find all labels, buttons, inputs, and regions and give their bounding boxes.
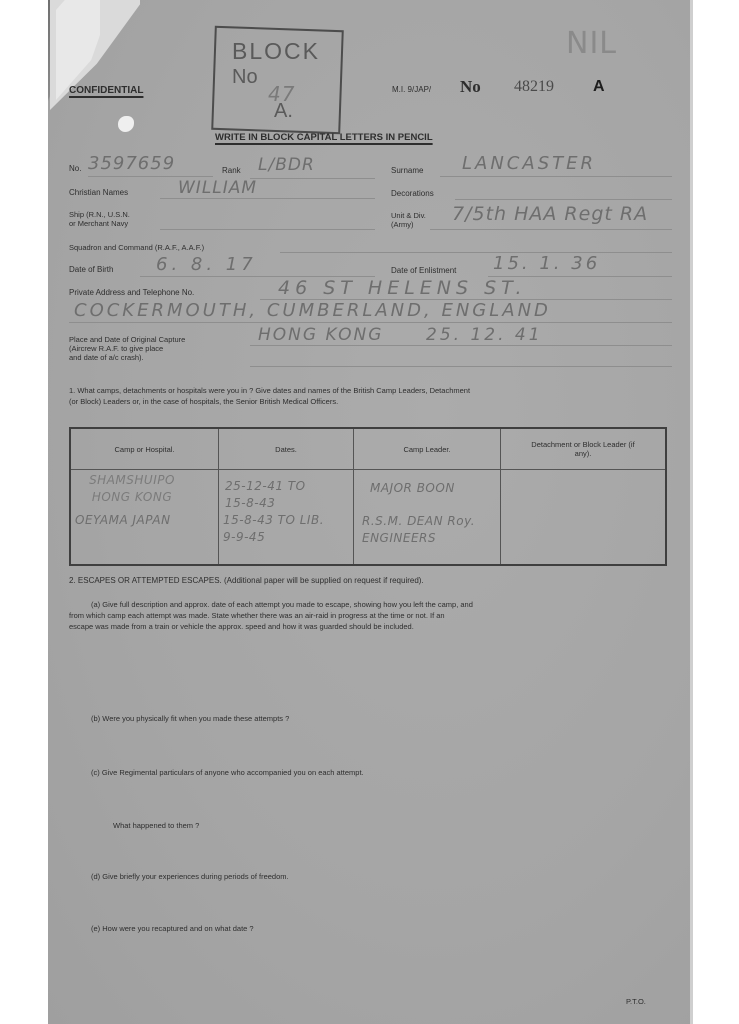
header-dates: Dates.: [219, 428, 354, 470]
stamp-line2: No: [232, 66, 258, 89]
christian-names-value: WILLIAM: [178, 178, 257, 198]
number-label-text: No: [460, 77, 481, 96]
squadron-line: [280, 252, 672, 253]
ship-label-2: or Merchant Navy: [69, 219, 128, 228]
dates-2: 15-8-43 TO LIB. 9-9-45: [219, 512, 333, 546]
number-label: No: [460, 77, 481, 97]
camp-1: SHAMSHUIPO HONG KONG: [71, 470, 187, 506]
table-row: SHAMSHUIPO HONG KONG OEYAMA JAPAN 25-12-…: [70, 470, 666, 566]
unit-line: [430, 229, 672, 230]
capture-label-3: and date of a/c crash).: [69, 353, 144, 362]
address-rule-2: [69, 322, 672, 323]
nil-annotation: NIL: [566, 26, 617, 61]
camps-table: Camp or Hospital. Dates. Camp Leader. De…: [69, 427, 667, 566]
pto-label: P.T.O.: [626, 997, 646, 1006]
form-suffix: A: [593, 78, 605, 96]
rank-value: L/BDR: [258, 155, 315, 175]
confidential-label: CONFIDENTIAL: [69, 85, 143, 96]
squadron-label: Squadron and Command (R.A.F., A.A.F.): [69, 243, 204, 252]
question-2b: (b) Were you physically fit when you mad…: [91, 714, 289, 724]
no-value: 3597659: [88, 153, 175, 174]
question-2a-line-1: (a) Give full description and approx. da…: [91, 600, 473, 610]
question-2d: (d) Give briefly your experiences during…: [91, 872, 289, 882]
christian-names-line: [160, 198, 375, 199]
no-line: [88, 176, 213, 177]
capture-date: 25. 12. 41: [426, 325, 543, 345]
question-2a-line-2: from which camp each attempt was made. S…: [69, 611, 445, 621]
form-number: 48219: [514, 78, 554, 96]
capture-rule-2: [250, 366, 672, 367]
address-line-2: COCKERMOUTH, CUMBERLAND, ENGLAND: [74, 300, 551, 321]
leader-cell: MAJOR BOON R.S.M. DEAN Roy. ENGINEERS: [354, 470, 501, 566]
page-edge: [690, 0, 693, 1024]
rank-label: Rank: [222, 166, 241, 175]
ship-label-1: Ship (R.N., U.S.N.: [69, 210, 130, 219]
unit-value: 7/5th HAA Regt RA: [452, 203, 648, 225]
enlistment-value: 15. 1. 36: [493, 253, 600, 274]
dates-1: 25-12-41 TO 15-8-43: [219, 470, 330, 512]
address-line-1: 46 ST HELENS ST.: [278, 277, 527, 299]
stamp-letter: A.: [274, 100, 293, 123]
unit-label-2: (Army): [391, 220, 414, 229]
dob-value: 6. 8. 17: [156, 254, 257, 275]
camp-cell: SHAMSHUIPO HONG KONG OEYAMA JAPAN: [70, 470, 219, 566]
surname-label: Surname: [391, 166, 423, 175]
enlistment-label: Date of Enlistment: [391, 266, 456, 275]
capture-rule: [250, 345, 672, 346]
question-1-line-1: 1. What camps, detachments or hospitals …: [69, 386, 470, 396]
capture-place: HONG KONG: [258, 325, 383, 345]
question-1-line-2: (or Block) Leaders or, in the case of ho…: [69, 397, 338, 407]
question-2e: (e) How were you recaptured and on what …: [91, 924, 254, 934]
question-2c-followup: What happened to them ?: [113, 821, 199, 831]
question-2-title: 2. ESCAPES OR ATTEMPTED ESCAPES. (Additi…: [69, 576, 424, 586]
header-detachment: Detachment or Block Leader (if any).: [501, 428, 667, 470]
christian-names-label: Christian Names: [69, 188, 128, 197]
question-2c: (c) Give Regimental particulars of anyon…: [91, 768, 364, 778]
ship-line: [160, 229, 375, 230]
decorations-line: [455, 199, 672, 200]
header-camp-leader: Camp Leader.: [354, 428, 501, 470]
surname-value: LANCASTER: [462, 153, 596, 174]
camps-table-header: Camp or Hospital. Dates. Camp Leader. De…: [70, 428, 666, 470]
question-2a-line-3: escape was made from a train or vehicle …: [69, 622, 414, 632]
no-label: No.: [69, 164, 81, 173]
camp-2: OEYAMA JAPAN: [71, 506, 218, 529]
unit-label-1: Unit & Div.: [391, 211, 426, 220]
header-camp: Camp or Hospital.: [70, 428, 219, 470]
capture-label-1: Place and Date of Original Capture: [69, 335, 185, 344]
leader-1: MAJOR BOON: [354, 470, 500, 497]
address-label: Private Address and Telephone No.: [69, 288, 194, 297]
rank-line: [250, 178, 375, 179]
instruction-banner: WRITE IN BLOCK CAPITAL LETTERS IN PENCIL: [215, 132, 433, 143]
detachment-cell: [501, 470, 667, 566]
decorations-label: Decorations: [391, 189, 434, 198]
capture-label-2: (Aircrew R.A.F. to give place: [69, 344, 163, 353]
leader-2: R.S.M. DEAN Roy. ENGINEERS: [354, 497, 492, 547]
form-reference: M.I. 9/JAP/: [392, 85, 431, 94]
dob-label: Date of Birth: [69, 265, 113, 274]
surname-line: [440, 176, 672, 177]
stamp-line1: BLOCK: [232, 38, 320, 65]
dates-cell: 25-12-41 TO 15-8-43 15-8-43 TO LIB. 9-9-…: [219, 470, 354, 566]
